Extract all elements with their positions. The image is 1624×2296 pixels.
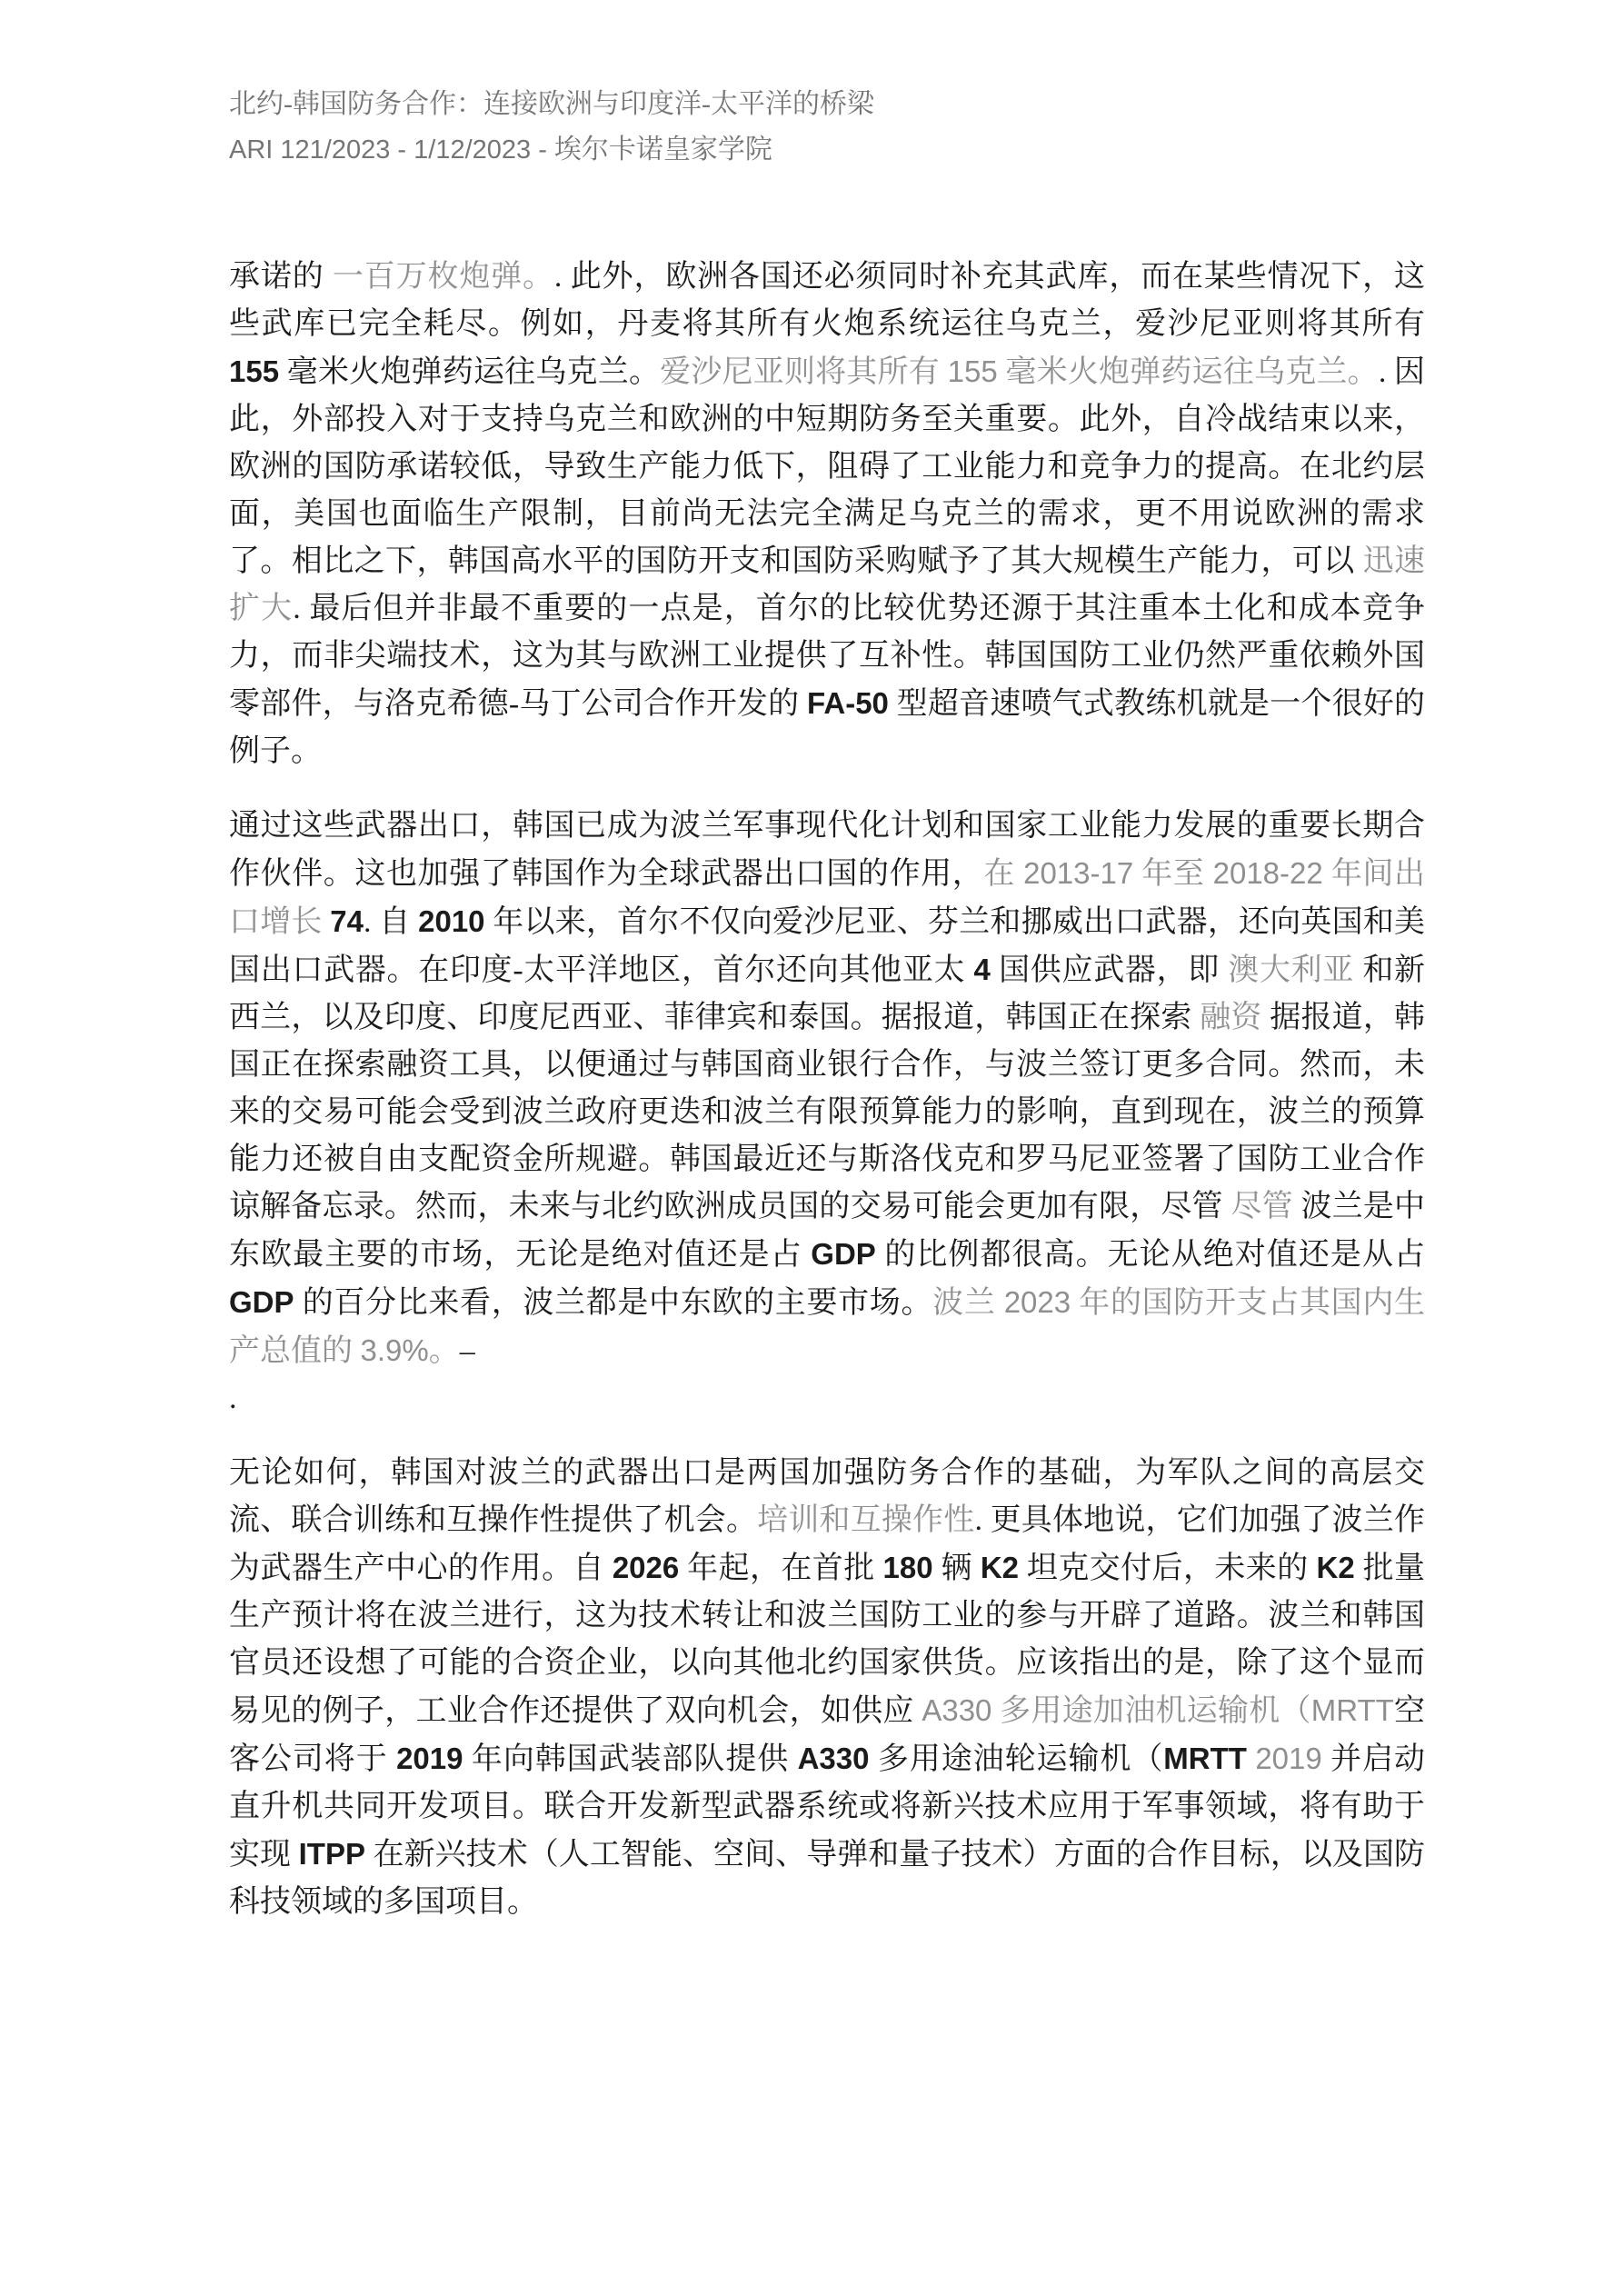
- text-run: 辆: [933, 1552, 981, 1585]
- text-run: 在: [983, 857, 1023, 891]
- text-run: 2010: [418, 904, 484, 938]
- text-run: 澳大利亚: [1228, 953, 1354, 987]
- document-page: 北约-韩国防务合作：连接欧洲与印度洋-太平洋的桥梁 ARI 121/2023 -…: [0, 0, 1624, 2296]
- text-run: –: [460, 1334, 475, 1368]
- text-run: 融资: [1200, 1001, 1261, 1034]
- text-run: 多用途油轮运输机（: [869, 1742, 1163, 1776]
- text-run: 2019: [396, 1742, 463, 1775]
- text-run: GDP: [229, 1285, 294, 1319]
- text-run: 毫米火炮弹药运往乌克兰。: [998, 355, 1379, 389]
- text-run: 。: [429, 1334, 460, 1368]
- text-run: 2026: [613, 1551, 679, 1584]
- text-run: A330: [798, 1742, 870, 1775]
- text-run: K2: [1317, 1551, 1355, 1584]
- text-run: A330: [922, 1693, 991, 1727]
- document-organization: 埃尔卡诺皇家学院: [554, 135, 772, 165]
- text-run: MRTT: [1311, 1693, 1394, 1727]
- text-run: 坦克交付后，未来的: [1019, 1552, 1317, 1585]
- document-header: 北约-韩国防务合作：连接欧洲与印度洋-太平洋的桥梁 ARI 121/2023 -…: [229, 82, 1429, 173]
- text-run: 一百万枚炮弹。: [333, 260, 554, 294]
- document-body: 承诺的 一百万枚炮弹。. 此外，欧洲各国还必须同时补充其武库，而在某些情况下，这…: [229, 254, 1425, 1953]
- text-run: 年起，在首批: [679, 1552, 882, 1585]
- text-run: 180: [883, 1551, 933, 1584]
- text-run: 155: [229, 354, 279, 388]
- text-run: 155: [948, 354, 998, 388]
- text-run: 培训和互操作性: [757, 1503, 974, 1537]
- text-run: 尽管: [1230, 1190, 1292, 1223]
- text-run: 国供应武器，即: [991, 953, 1228, 987]
- text-run: 多用途加油机运输机（: [991, 1694, 1310, 1728]
- text-run: 的百分比来看，波兰都是中东欧的主要市场。: [294, 1286, 933, 1320]
- text-run: 2018-22: [1213, 856, 1323, 890]
- text-run: ITPP: [299, 1837, 365, 1871]
- text-run: 爱沙尼亚则将其所有: [660, 355, 948, 389]
- text-run: . 自: [364, 905, 418, 939]
- text-run: 在新兴技术（人工智能、空间、导弹和量子技术）方面的合作目标，以及国防科技领域的多…: [229, 1838, 1425, 1919]
- paragraph: 通过这些武器出口，韩国已成为波兰军事现代化计划和国家工业能力发展的重要长期合作伙…: [229, 803, 1425, 1423]
- text-run: K2: [981, 1551, 1019, 1584]
- paragraph: 承诺的 一百万枚炮弹。. 此外，欧洲各国还必须同时补充其武库，而在某些情况下，这…: [229, 254, 1425, 775]
- text-run: 3.9%: [361, 1333, 429, 1367]
- text-run: 4: [974, 953, 991, 986]
- text-run: 毫米火炮弹药运往乌克兰。: [279, 355, 660, 389]
- document-subtitle: ARI 121/2023 - 1/12/2023 - 埃尔卡诺皇家学院: [229, 127, 1429, 173]
- text-run: FA-50: [807, 686, 889, 720]
- paragraph: 无论如何，韩国对波兰的武器出口是两国加强防务合作的基础，为军队之间的高层交流、联…: [229, 1450, 1425, 1926]
- text-run: 年至: [1133, 857, 1212, 891]
- text-run: 波兰: [932, 1286, 1004, 1320]
- text-run: 2023: [1004, 1285, 1071, 1319]
- document-title: 北约-韩国防务合作：连接欧洲与印度洋-太平洋的桥梁: [229, 82, 1429, 127]
- text-run: .: [229, 1382, 237, 1415]
- text-run: 74: [330, 904, 364, 938]
- text-run: 年向韩国武装部队提供: [463, 1742, 797, 1776]
- text-run: MRTT: [1163, 1742, 1247, 1775]
- text-run: 2019: [1255, 1742, 1321, 1775]
- text-run: 2013-17: [1023, 856, 1133, 890]
- document-reference: ARI 121/2023 - 1/12/2023 -: [229, 135, 554, 165]
- text-run: 的比例都很高。无论从绝对值还是从占: [876, 1238, 1425, 1272]
- text-run: GDP: [811, 1237, 876, 1271]
- text-run: 承诺的: [229, 260, 333, 294]
- text-run: [1247, 1742, 1255, 1776]
